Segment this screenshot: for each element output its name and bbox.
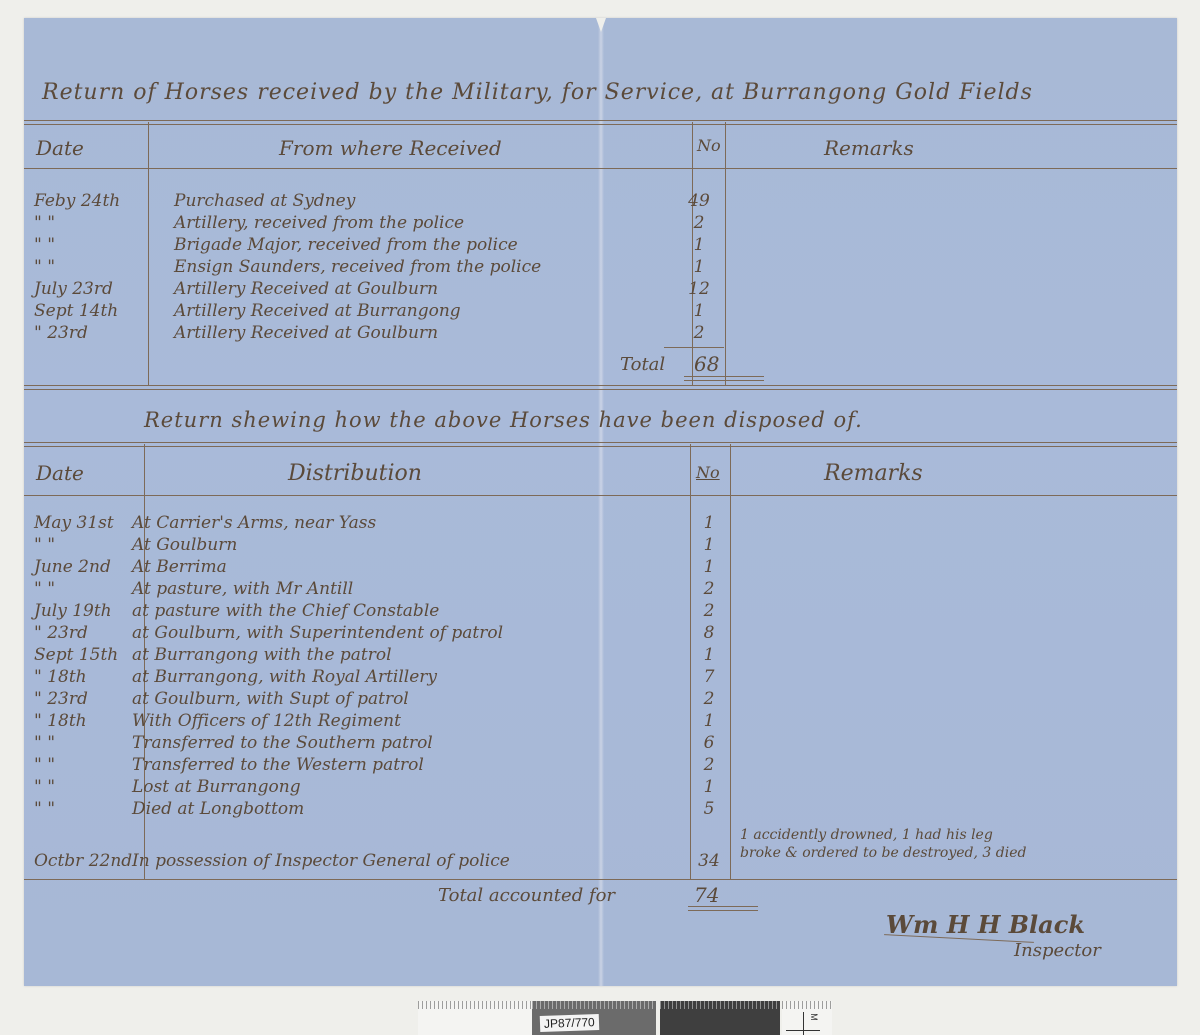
signature-title: Inspector [1014, 940, 1101, 961]
table2-total-underline [688, 906, 758, 911]
table2-row: " " Lost at Burrangong 1 [24, 776, 1177, 798]
table1-row: Sept 14th Artillery Received at Burrango… [24, 300, 1177, 322]
table2-top-rule [24, 442, 1177, 447]
table1-row: " " Brigade Major, received from the pol… [24, 234, 1177, 256]
table2-header-remarks: Remarks [824, 461, 923, 486]
center-fold [598, 18, 604, 986]
ruler-reference-label: JP87/770 [540, 1014, 599, 1032]
table2-row: " " Transferred to the Southern patrol 6 [24, 732, 1177, 754]
table2-row: " 18th at Burrangong, with Royal Artille… [24, 666, 1177, 688]
table1-header-date: Date [36, 136, 84, 160]
ruler-crosshair-vertical [803, 1012, 804, 1035]
remark-line-2: broke & ordered to be destroyed, 3 died [740, 844, 1026, 862]
table2-row: " 23rd at Goulburn, with Supt of patrol … [24, 688, 1177, 710]
table2-header-distribution: Distribution [288, 461, 422, 486]
table2-row: June 2nd At Berrima 1 [24, 556, 1177, 578]
document-title: Return of Horses received by the Militar… [42, 80, 1033, 105]
table2-bottom-rule [24, 879, 1177, 880]
table1-header-remarks: Remarks [824, 136, 914, 160]
table1-row: " 23rd Artillery Received at Goulburn 2 [24, 322, 1177, 344]
table2-row: " 18th With Officers of 12th Regiment 1 [24, 710, 1177, 732]
table1-bottom-rule [24, 385, 1177, 390]
table1-total-underline [684, 376, 764, 381]
table1-row: July 23rd Artillery Received at Goulburn… [24, 278, 1177, 300]
table2-header-rule [24, 495, 1177, 496]
table2-row: July 19th at pasture with the Chief Cons… [24, 600, 1177, 622]
document-subtitle: Return shewing how the above Horses have… [144, 408, 863, 432]
table2-row: " " Died at Longbottom 5 [24, 798, 1177, 820]
table2-row: Sept 15th at Burrangong with the patrol … [24, 644, 1177, 666]
table2-row: " " Transferred to the Western patrol 2 [24, 754, 1177, 776]
ruler-crosshair-horizontal [786, 1030, 820, 1031]
table1-row: Feby 24th Purchased at Sydney 49 [24, 190, 1177, 212]
table1-sum-rule [664, 347, 724, 348]
table1-header-no: No [697, 136, 721, 155]
table1-row: " " Ensign Saunders, received from the p… [24, 256, 1177, 278]
table1-row: " " Artillery, received from the police … [24, 212, 1177, 234]
table1-header-from: From where Received [279, 136, 502, 160]
table2-row: " 23rd at Goulburn, with Superintendent … [24, 622, 1177, 644]
table2-row: May 31st At Carrier's Arms, near Yass 1 [24, 512, 1177, 534]
table1-header-rule [24, 168, 1177, 169]
table2-header-no: No [696, 463, 720, 482]
table1-total-value: 68 [694, 352, 719, 376]
remark-line-1: 1 accidently drowned, 1 had his leg [740, 826, 993, 844]
table2-row: " " At Goulburn 1 [24, 534, 1177, 556]
ruler-mark: M [809, 1013, 819, 1021]
document-sheet: Return of Horses received by the Militar… [24, 18, 1177, 986]
table1-top-rule [24, 120, 1177, 125]
table2-total-value: 74 [694, 883, 719, 907]
signature: Wm H H Black [886, 910, 1085, 939]
table2-header-date: Date [36, 461, 84, 485]
table2-row: " " At pasture, with Mr Antill 2 [24, 578, 1177, 600]
table1-total-label: Total [620, 354, 665, 375]
table2-total-label: Total accounted for [438, 885, 615, 906]
scale-ruler [418, 1001, 832, 1035]
